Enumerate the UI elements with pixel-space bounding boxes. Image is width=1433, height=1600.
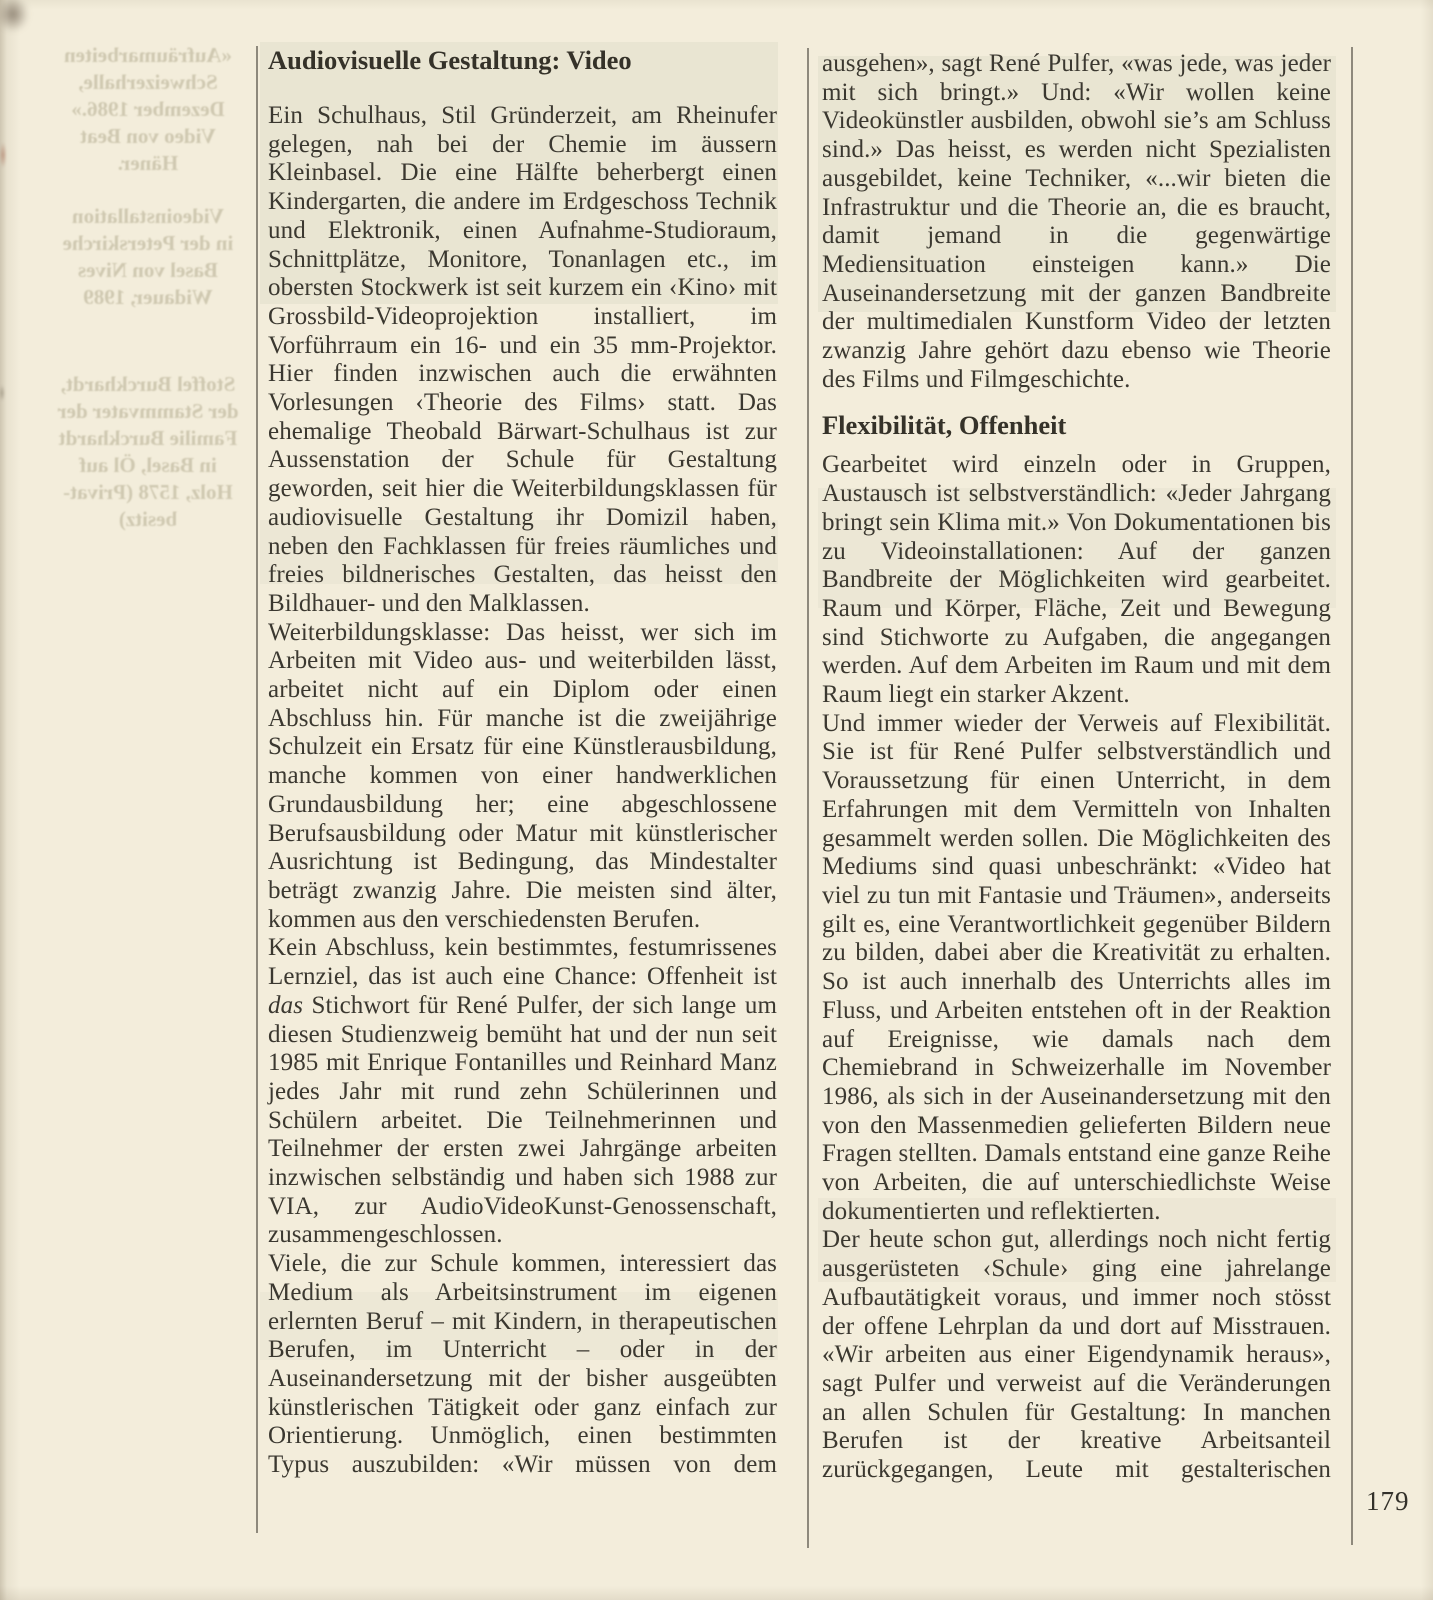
right-column: ausgehen», sagt René Pulfer, «was jede, … xyxy=(822,50,1331,1485)
scan-artifact-edge xyxy=(0,138,8,172)
margin-note-block: «AufräumarbeitenSchweizerhalle,Dezember … xyxy=(52,42,244,177)
left-column-text: Ein Schulhaus, Stil Gründerzeit, am Rhei… xyxy=(268,102,777,1480)
scan-artifact-corner xyxy=(0,0,36,40)
column-rule-middle xyxy=(807,48,809,1548)
margin-note-block: Stoffel Burckhardt,der Stammvater derFam… xyxy=(52,371,244,533)
paragraph: Weiterbildungsklasse: Das heisst, wer si… xyxy=(268,619,777,935)
page-number: 179 xyxy=(1366,1486,1410,1517)
paragraph: Viele, die zur Schule kommen, interessie… xyxy=(268,1250,777,1480)
margin-note-block: Videoinstallationin der PeterskircheBase… xyxy=(52,203,244,311)
paragraph: Und immer wieder der Verweis auf Flexibi… xyxy=(822,710,1331,1227)
scanned-page: «AufräumarbeitenSchweizerhalle,Dezember … xyxy=(0,0,1433,1600)
right-column-text-top: ausgehen», sagt René Pulfer, «was jede, … xyxy=(822,50,1331,394)
right-column-text-bottom: Gearbeitet wird einzeln oder in Gruppen,… xyxy=(822,451,1331,1484)
section-heading: Audiovisuelle Gestaltung: Video xyxy=(268,44,777,76)
subsection-heading: Flexibilität, Offenheit xyxy=(822,409,1331,441)
column-rule-left xyxy=(256,46,258,1533)
left-column: Audiovisuelle Gestaltung: Video Ein Schu… xyxy=(268,44,777,1480)
paragraph: Kein Abschluss, kein bestimmtes, festumr… xyxy=(268,934,777,1250)
paragraph: ausgehen», sagt René Pulfer, «was jede, … xyxy=(822,50,1331,394)
scan-artifact-edge xyxy=(0,382,6,404)
paragraph: Ein Schulhaus, Stil Gründerzeit, am Rhei… xyxy=(268,102,777,619)
column-rule-right xyxy=(1351,47,1353,1545)
paragraph: Der heute schon gut, allerdings noch nic… xyxy=(822,1226,1331,1484)
paragraph: Gearbeitet wird einzeln oder in Gruppen,… xyxy=(822,451,1331,709)
margin-bleed-through-notes: «AufräumarbeitenSchweizerhalle,Dezember … xyxy=(52,42,244,559)
